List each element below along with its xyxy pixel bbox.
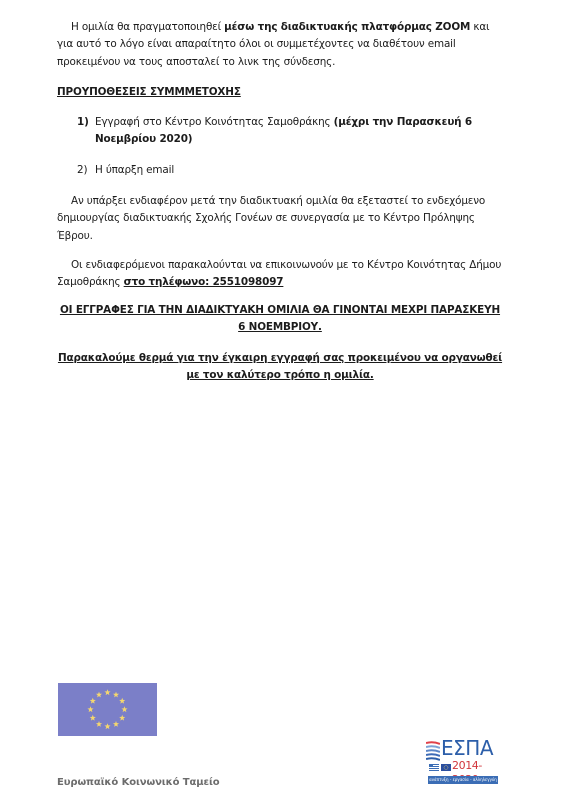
esf-caption: Ευρωπαϊκό Κοινωνικό Ταμείο [57, 777, 220, 788]
contact-paragraph: Οι ενδιαφερόμενοι παρακαλούνται να επικο… [57, 257, 503, 292]
greek-eu-flags-icon [429, 764, 451, 771]
espa-wordmark: ΕΣΠΑ [441, 737, 493, 759]
zoom-platform-text: μέσω της διαδικτυακής πλατφόρμας ZOOM [224, 21, 470, 33]
condition-text-plain: Εγγραφή στο Κέντρο Κοινότητας Σαμοθράκης [95, 116, 334, 128]
espa-tagline: ανάπτυξη - εργασία - αλληλεγγύη [428, 776, 498, 784]
condition-item: 2) Η ύπαρξη email [77, 162, 497, 179]
eu-stars-icon [58, 683, 157, 736]
eu-flag-logo [58, 683, 157, 736]
espa-waves-icon [426, 741, 440, 761]
condition-text: Εγγραφή στο Κέντρο Κοινότητας Σαμοθράκης… [95, 114, 497, 149]
intro-paragraph: Η ομιλία θα πραγματοποιηθεί μέσω της δια… [57, 19, 503, 71]
condition-number: 2) [77, 162, 95, 179]
deadline-notice: ΟΙ ΕΓΓΡΑΦΕΣ ΓΙΑ ΤΗΝ ΔΙΑΔΙΚΤΥΑΚΗ ΟΜΙΛΙΑ Θ… [57, 302, 503, 337]
interest-paragraph: Αν υπάρξει ενδιαφέρον μετά την διαδικτυα… [57, 193, 503, 245]
intro-text: Η ομιλία θα πραγματοποιηθεί [71, 21, 224, 33]
condition-item: 1) Εγγραφή στο Κέντρο Κοινότητας Σαμοθρά… [77, 114, 497, 149]
conditions-heading: ΠΡΟΥΠΟΘΕΣΕΙΣ ΣΥΜΜΜΕΤΟΧΗΣ [57, 84, 241, 101]
request-notice: Παρακαλούμε θερμά για την έγκαιρη εγγραφ… [57, 350, 503, 385]
phone-number: στο τηλέφωνο: 2551098097 [124, 276, 284, 288]
espa-logo: ΕΣΠΑ 2014-2020 ανάπτυξη - εργασία - αλλη… [426, 739, 502, 789]
condition-number: 1) [77, 114, 95, 149]
condition-text: Η ύπαρξη email [95, 162, 497, 179]
